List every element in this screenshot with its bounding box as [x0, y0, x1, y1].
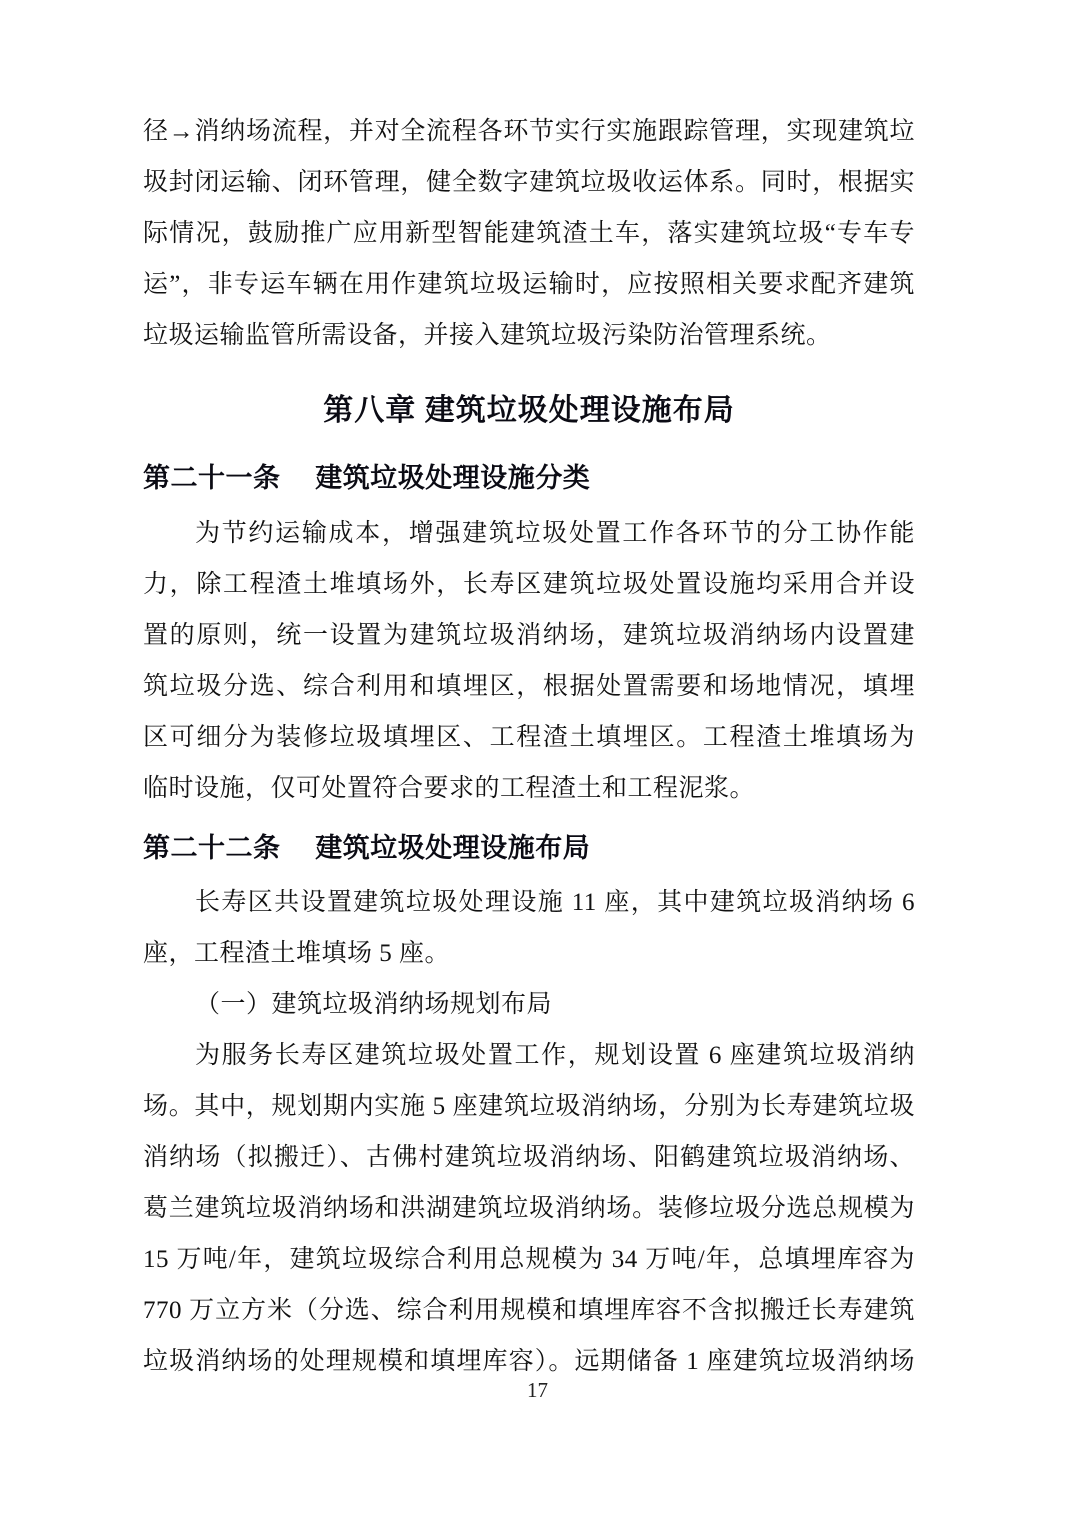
text-line: 力，除工程渣土堆填场外，长寿区建筑垃圾处置设施均采用合并设 — [143, 559, 915, 610]
text-line: 运”，非专运车辆在用作建筑垃圾运输时，应按照相关要求配齐建筑 — [143, 259, 915, 310]
article-22-heading: 第二十二条 建筑垃圾处理设施布局 — [143, 823, 915, 874]
article-21-paragraph: 为节约运输成本，增强建筑垃圾处置工作各环节的分工协作能 力，除工程渣土堆填场外，… — [143, 508, 915, 814]
page-number: 17 — [0, 1376, 1075, 1404]
text-line: 垃圾运输监管所需设备，并接入建筑垃圾污染防治管理系统。 — [143, 310, 915, 361]
text-line: 筑垃圾分选、综合利用和填埋区，根据处置需要和场地情况，填埋 — [143, 661, 915, 712]
text-line: 置的原则，统一设置为建筑垃圾消纳场，建筑垃圾消纳场内设置建 — [143, 610, 915, 661]
text-line: 葛兰建筑垃圾消纳场和洪湖建筑垃圾消纳场。装修垃圾分选总规模为 — [143, 1183, 915, 1234]
text-line: 圾封闭运输、闭环管理，健全数字建筑垃圾收运体系。同时，根据实 — [143, 157, 915, 208]
article-22-paragraph-2: 为服务长寿区建筑垃圾处置工作，规划设置 6 座建筑垃圾消纳 场。其中，规划期内实… — [143, 1030, 915, 1387]
text-line: 座，工程渣土堆填场 5 座。 — [143, 928, 915, 979]
text-line: 为节约运输成本，增强建筑垃圾处置工作各环节的分工协作能 — [143, 508, 915, 559]
text-line: 15 万吨/年，建筑垃圾综合利用总规模为 34 万吨/年，总填埋库容为 — [143, 1234, 915, 1285]
item-1-heading: （一）建筑垃圾消纳场规划布局 — [143, 979, 915, 1030]
text-line: 区可细分为装修垃圾填埋区、工程渣土填埋区。工程渣土堆填场为 — [143, 712, 915, 763]
text-line: 际情况，鼓励推广应用新型智能建筑渣土车，落实建筑垃圾“专车专 — [143, 208, 915, 259]
article-21-heading: 第二十一条 建筑垃圾处理设施分类 — [143, 453, 915, 504]
document-page: 径→消纳场流程，并对全流程各环节实行实施跟踪管理，实现建筑垃 圾封闭运输、闭环管… — [0, 0, 1075, 1520]
text-line: 消纳场（拟搬迁）、古佛村建筑垃圾消纳场、阳鹤建筑垃圾消纳场、 — [143, 1132, 915, 1183]
text-line: 场。其中，规划期内实施 5 座建筑垃圾消纳场，分别为长寿建筑垃圾 — [143, 1081, 915, 1132]
text-line: 径→消纳场流程，并对全流程各环节实行实施跟踪管理，实现建筑垃 — [143, 106, 915, 157]
chapter-8-heading: 第八章 建筑垃圾处理设施布局 — [143, 381, 915, 441]
page-content: 径→消纳场流程，并对全流程各环节实行实施跟踪管理，实现建筑垃 圾封闭运输、闭环管… — [143, 106, 915, 1387]
article-22-paragraph-1: 长寿区共设置建筑垃圾处理设施 11 座，其中建筑垃圾消纳场 6 座，工程渣土堆填… — [143, 877, 915, 979]
text-line: 长寿区共设置建筑垃圾处理设施 11 座，其中建筑垃圾消纳场 6 — [143, 877, 915, 928]
paragraph-continued: 径→消纳场流程，并对全流程各环节实行实施跟踪管理，实现建筑垃 圾封闭运输、闭环管… — [143, 106, 915, 361]
text-line: 为服务长寿区建筑垃圾处置工作，规划设置 6 座建筑垃圾消纳 — [143, 1030, 915, 1081]
text-line: 临时设施，仅可处置符合要求的工程渣土和工程泥浆。 — [143, 763, 915, 814]
text-line: 770 万立方米（分选、综合利用规模和填埋库容不含拟搬迁长寿建筑 — [143, 1285, 915, 1336]
